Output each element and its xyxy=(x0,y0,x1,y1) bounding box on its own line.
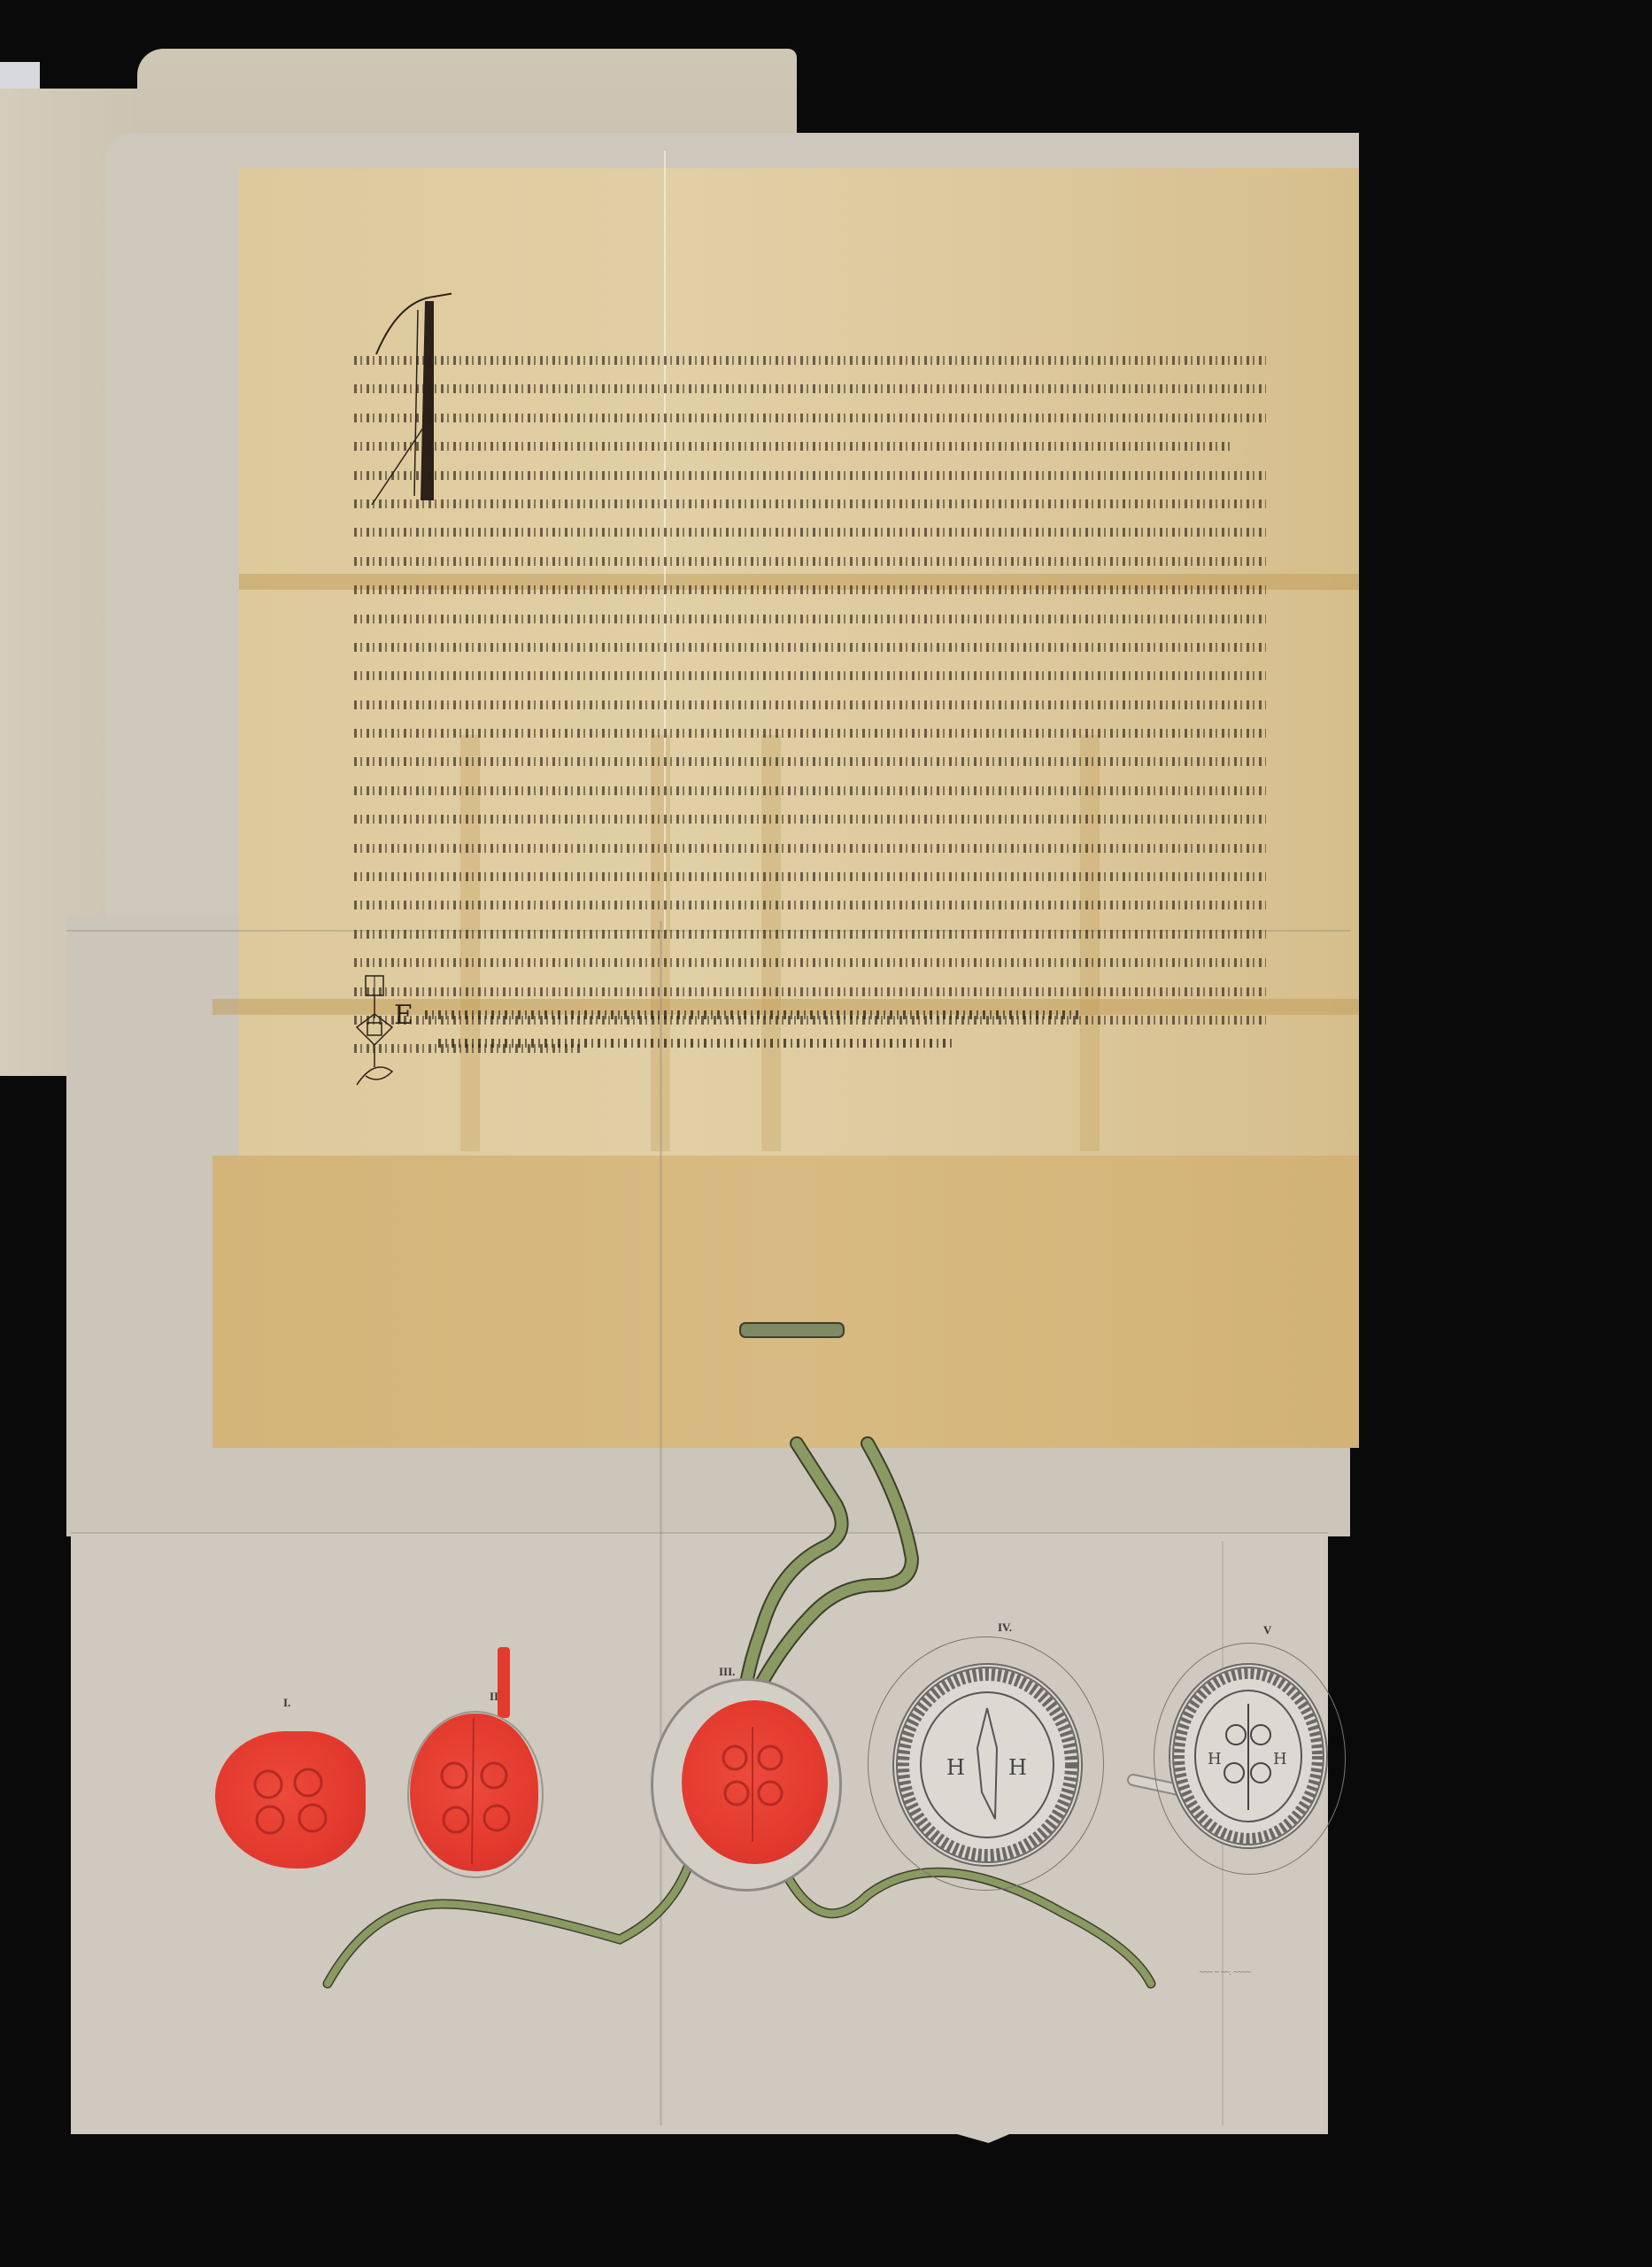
seal-iii xyxy=(682,1700,828,1864)
seal-ii xyxy=(410,1714,538,1871)
seal-label-iii: III. xyxy=(719,1665,735,1679)
engraver-signature: ~~~ ~ ~~. ~~~~ xyxy=(1200,1968,1251,1977)
seal-i xyxy=(215,1731,366,1869)
seal-ii-tag xyxy=(498,1647,510,1718)
seal-device-icon: H H xyxy=(898,1668,1077,1861)
seal-v: H H xyxy=(1169,1663,1328,1849)
svg-text:H: H xyxy=(1273,1750,1287,1768)
seal-device-icon xyxy=(215,1731,366,1869)
seal-cords xyxy=(0,0,1652,2267)
seal-device-icon xyxy=(682,1700,828,1864)
seal-label-iv: IV. xyxy=(998,1621,1012,1635)
seal-label-v: V xyxy=(1263,1623,1271,1637)
seal-device-icon: H H xyxy=(1174,1668,1323,1844)
seal-iv: H H xyxy=(892,1663,1083,1867)
svg-text:H: H xyxy=(1208,1750,1222,1768)
seal-label-i: I. xyxy=(283,1696,290,1710)
seal-device-icon xyxy=(410,1714,538,1871)
svg-text:H: H xyxy=(946,1755,965,1780)
svg-text:H: H xyxy=(1008,1755,1027,1780)
